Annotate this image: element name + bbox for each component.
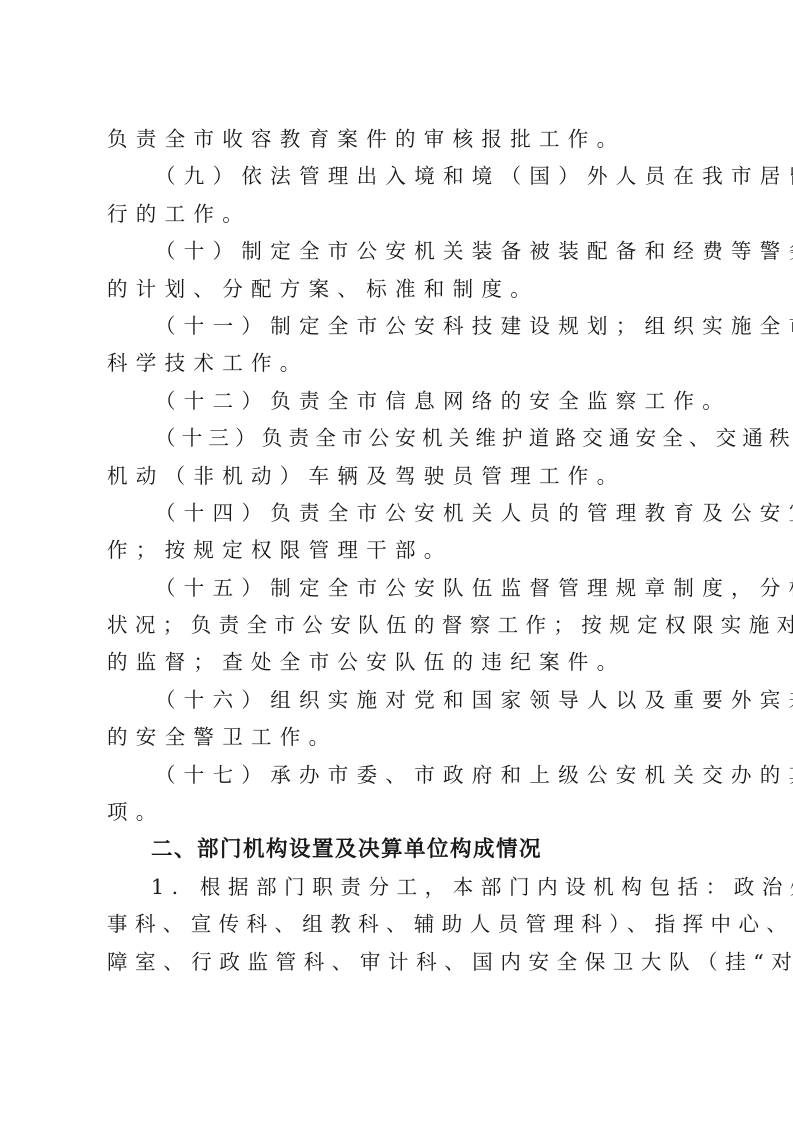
item-17-line: （十七）承办市委、市政府和上级公安机关交办的其他事 [107, 757, 689, 794]
item-13-line: （十三）负责全市公安机关维护道路交通安全、交通秩序、 [107, 420, 689, 457]
paragraph-line: 的监督；查处全市公安队伍的违纪案件。 [107, 644, 689, 681]
paragraph-line: 作；按规定权限管理干部。 [107, 532, 689, 569]
paragraph-line: 障室、行政监管科、审计科、国内安全保卫大队（挂“对外联 [107, 944, 689, 981]
item-12-line: （十二）负责全市信息网络的安全监察工作。 [107, 383, 689, 420]
document-page: 负责全市收容教育案件的审核报批工作。 （九）依法管理出入境和境（国）外人员在我市… [107, 121, 689, 981]
paragraph-line: 行的工作。 [107, 196, 689, 233]
item-10-line: （十）制定全市公安机关装备被装配备和经费等警务保障 [107, 233, 689, 270]
paragraph-line: 科学技术工作。 [107, 345, 689, 382]
paragraph-line: 的计划、分配方案、标准和制度。 [107, 271, 689, 308]
item-11-line: （十一）制定全市公安科技建设规划；组织实施全市公安 [107, 308, 689, 345]
paragraph-line: 项。 [107, 794, 689, 831]
numbered-item-1-line: 1. 根据部门职责分工，本部门内设机构包括：政治处（人 [107, 869, 689, 906]
paragraph-line: 机动（非机动）车辆及驾驶员管理工作。 [107, 458, 689, 495]
item-9-line: （九）依法管理出入境和境（国）外人员在我市居留、旅 [107, 158, 689, 195]
item-14-line: （十四）负责全市公安机关人员的管理教育及公安宣传工 [107, 495, 689, 532]
paragraph-line: 负责全市收容教育案件的审核报批工作。 [107, 121, 689, 158]
paragraph-line: 状况；负责全市公安队伍的督察工作；按规定权限实施对干部 [107, 607, 689, 644]
paragraph-line: 事科、宣传科、组教科、辅助人员管理科）、指挥中心、警务保 [107, 906, 689, 943]
item-15-line: （十五）制定全市公安队伍监督管理规章制度，分析队伍 [107, 570, 689, 607]
section-heading: 二、部门机构设置及决算单位构成情况 [107, 831, 689, 868]
paragraph-line: 的安全警卫工作。 [107, 719, 689, 756]
item-16-line: （十六）组织实施对党和国家领导人以及重要外宾来我市 [107, 682, 689, 719]
